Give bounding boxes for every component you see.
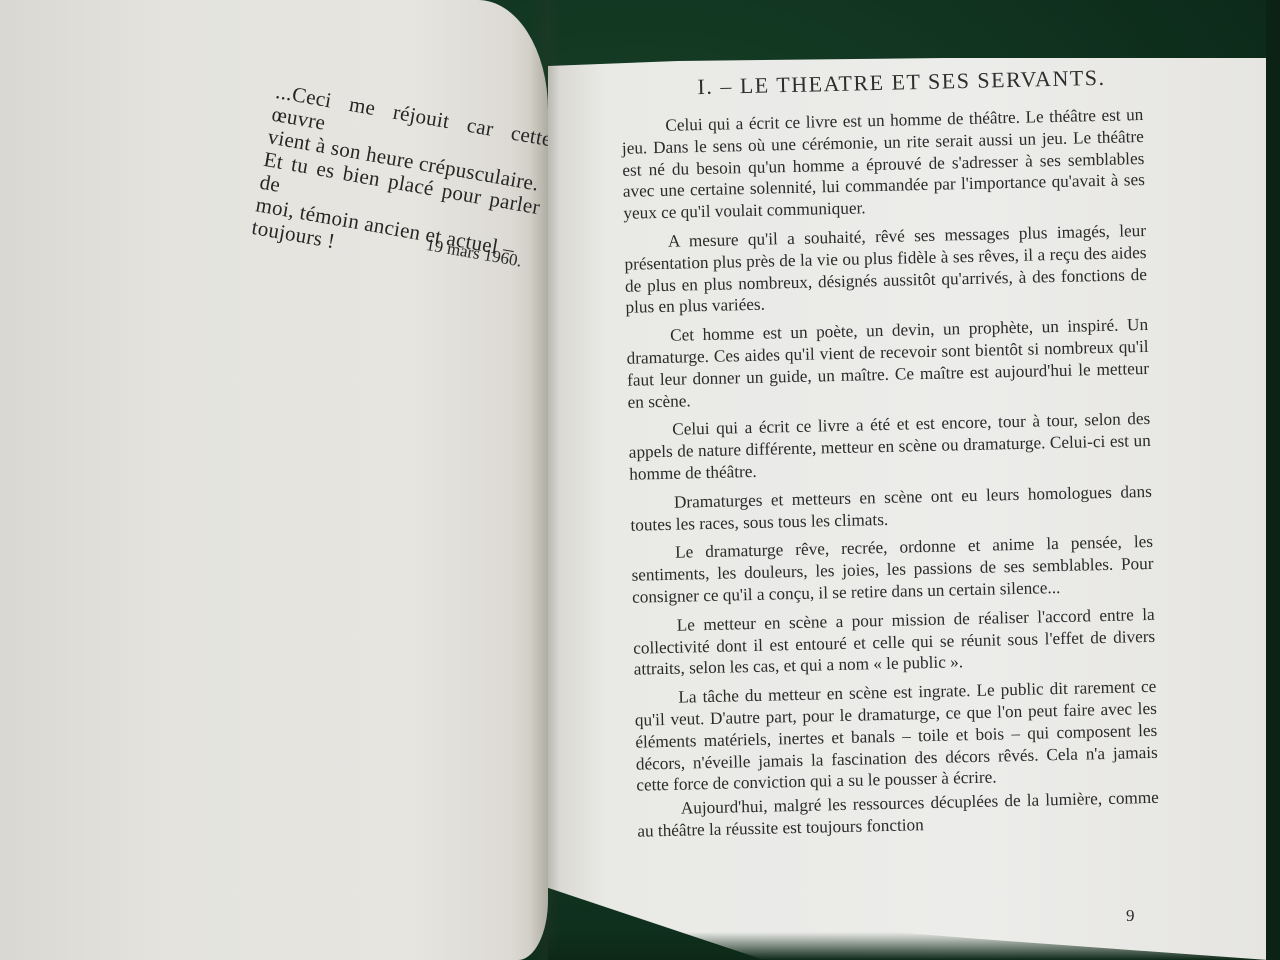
paragraph: La tâche du metteur en scène est ingrate… [634,676,1158,797]
paragraph: Le dramaturge rêve, recrée, ordonne et a… [631,531,1154,608]
page-number: 9 [1126,906,1135,926]
book-gutter [530,0,560,960]
paragraph: Le metteur en scène a pour mission de ré… [633,604,1156,681]
chapter-body: I. – LE THEATRE ET SES SERVANTS. Celui q… [620,58,1160,849]
paragraph: Cet homme est un poète, un devin, un pro… [626,314,1150,413]
paragraph: Celui qui a écrit ce livre est un homme … [621,104,1145,225]
paragraph: Dramaturges et metteurs en scène ont eu … [630,481,1153,536]
paragraph: A mesure qu'il a souhaité, rêvé ses mess… [624,220,1148,319]
right-edge-background [1266,0,1280,960]
chapter-title: I. – LE THEATRE ET SES SERVANTS. [660,64,1142,101]
paragraph: Celui qui a écrit ce livre a été et est … [628,408,1151,485]
paragraph: Aujourd'hui, malgré les ressources décup… [637,787,1160,842]
